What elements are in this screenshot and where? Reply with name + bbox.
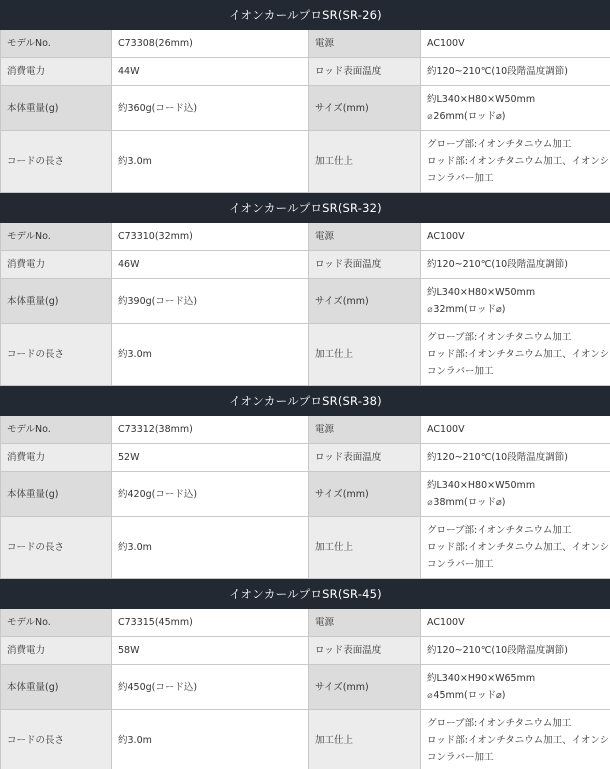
label-power-source: 電源 [309,609,421,637]
size-diameter: ⌀26mm(ロッド⌀) [427,108,604,126]
value-rod-temp: 約120~210℃(10段階温度調節) [421,251,610,279]
value-size: 約L340×H90×W65mm ⌀45mm(ロッド⌀) [421,665,610,710]
label-size: サイズ(mm) [309,279,421,324]
diameter-icon: ⌀ [427,109,432,126]
label-model-no: モデルNo. [1,416,112,444]
table-row: コードの長さ 約3.0m 加工仕上 グローブ部:イオンチタニウム加工 ロッド部:… [1,710,610,769]
size-diameter: ⌀32mm(ロッド⌀) [427,301,604,319]
value-size: 約L340×H80×W50mm ⌀26mm(ロッド⌀) [421,86,610,131]
diameter-icon: ⌀ [427,302,432,319]
product-title: イオンカールプロSR(SR-45) [1,580,610,609]
value-finish: グローブ部:イオンチタニウム加工 ロッド部:イオンチタニウム加工、イオンシリ コ… [421,324,610,386]
label-power-source: 電源 [309,223,421,251]
label-power-consumption: 消費電力 [1,58,112,86]
size-diameter-text: 26mm(ロッド⌀) [433,111,505,122]
value-power-source: AC100V [421,223,610,251]
table-row: モデルNo. C73315(45mm) 電源 AC100V [1,609,610,637]
label-finish: 加工仕上 [309,710,421,769]
value-power-source: AC100V [421,609,610,637]
spec-table-sr-32: イオンカールプロSR(SR-32) モデルNo. C73310(32mm) 電源… [0,193,610,386]
spec-table-sr-26: イオンカールプロSR(SR-26) モデルNo. C73308(26mm) 電源… [0,0,610,193]
value-rod-temp: 約120~210℃(10段階温度調節) [421,637,610,665]
value-weight: 約390g(コード込) [112,279,309,324]
label-cord-length: コードの長さ [1,324,112,386]
finish-line-2: ロッド部:イオンチタニウム加工、イオンシリ [427,346,604,363]
product-title: イオンカールプロSR(SR-38) [1,387,610,416]
size-diameter-text: 38mm(ロッド⌀) [433,497,505,508]
spec-table-sr-38: イオンカールプロSR(SR-38) モデルNo. C73312(38mm) 電源… [0,386,610,579]
value-model-no: C73310(32mm) [112,223,309,251]
finish-line-2: ロッド部:イオンチタニウム加工、イオンシリ [427,732,604,749]
value-weight: 約450g(コード込) [112,665,309,710]
value-model-no: C73308(26mm) [112,30,309,58]
finish-line-1: グローブ部:イオンチタニウム加工 [427,715,604,732]
size-diameter: ⌀45mm(ロッド⌀) [427,687,604,705]
value-power-consumption: 58W [112,637,309,665]
finish-line-2: ロッド部:イオンチタニウム加工、イオンシリ [427,539,604,556]
value-finish: グローブ部:イオンチタニウム加工 ロッド部:イオンチタニウム加工、イオンシリ コ… [421,710,610,769]
finish-line-3: コンラバー加工 [427,363,604,380]
value-power-consumption: 46W [112,251,309,279]
size-dimensions: 約L340×H90×W65mm [427,670,604,687]
label-cord-length: コードの長さ [1,517,112,579]
label-power-source: 電源 [309,30,421,58]
finish-line-1: グローブ部:イオンチタニウム加工 [427,329,604,346]
value-size: 約L340×H80×W50mm ⌀38mm(ロッド⌀) [421,472,610,517]
label-power-consumption: 消費電力 [1,251,112,279]
value-weight: 約360g(コード込) [112,86,309,131]
value-power-source: AC100V [421,416,610,444]
table-row: 本体重量(g) 約390g(コード込) サイズ(mm) 約L340×H80×W5… [1,279,610,324]
table-row: 消費電力 46W ロッド表面温度 約120~210℃(10段階温度調節) [1,251,610,279]
label-finish: 加工仕上 [309,324,421,386]
finish-line-2: ロッド部:イオンチタニウム加工、イオンシリ [427,153,604,170]
table-row: 消費電力 58W ロッド表面温度 約120~210℃(10段階温度調節) [1,637,610,665]
table-row: コードの長さ 約3.0m 加工仕上 グローブ部:イオンチタニウム加工 ロッド部:… [1,131,610,193]
size-diameter-text: 45mm(ロッド⌀) [433,690,505,701]
spec-tables: イオンカールプロSR(SR-26) モデルNo. C73308(26mm) 電源… [0,0,610,769]
value-size: 約L340×H80×W50mm ⌀32mm(ロッド⌀) [421,279,610,324]
value-model-no: C73315(45mm) [112,609,309,637]
label-model-no: モデルNo. [1,30,112,58]
size-dimensions: 約L340×H80×W50mm [427,284,604,301]
value-rod-temp: 約120~210℃(10段階温度調節) [421,444,610,472]
finish-line-3: コンラバー加工 [427,749,604,766]
value-power-source: AC100V [421,30,610,58]
size-dimensions: 約L340×H80×W50mm [427,91,604,108]
size-dimensions: 約L340×H80×W50mm [427,477,604,494]
value-cord-length: 約3.0m [112,710,309,769]
label-rod-temp: ロッド表面温度 [309,637,421,665]
value-finish: グローブ部:イオンチタニウム加工 ロッド部:イオンチタニウム加工、イオンシリ コ… [421,131,610,193]
size-diameter: ⌀38mm(ロッド⌀) [427,494,604,512]
diameter-icon: ⌀ [427,688,432,705]
value-model-no: C73312(38mm) [112,416,309,444]
label-size: サイズ(mm) [309,86,421,131]
table-row: モデルNo. C73308(26mm) 電源 AC100V [1,30,610,58]
label-weight: 本体重量(g) [1,86,112,131]
table-row: コードの長さ 約3.0m 加工仕上 グローブ部:イオンチタニウム加工 ロッド部:… [1,324,610,386]
table-row: 本体重量(g) 約360g(コード込) サイズ(mm) 約L340×H80×W5… [1,86,610,131]
spec-table-sr-45: イオンカールプロSR(SR-45) モデルNo. C73315(45mm) 電源… [0,579,610,769]
label-size: サイズ(mm) [309,665,421,710]
value-cord-length: 約3.0m [112,131,309,193]
table-row: 本体重量(g) 約420g(コード込) サイズ(mm) 約L340×H80×W5… [1,472,610,517]
label-weight: 本体重量(g) [1,279,112,324]
value-power-consumption: 52W [112,444,309,472]
product-title: イオンカールプロSR(SR-32) [1,194,610,223]
label-power-consumption: 消費電力 [1,637,112,665]
product-title: イオンカールプロSR(SR-26) [1,1,610,30]
label-power-source: 電源 [309,416,421,444]
table-row: 消費電力 52W ロッド表面温度 約120~210℃(10段階温度調節) [1,444,610,472]
label-finish: 加工仕上 [309,517,421,579]
label-rod-temp: ロッド表面温度 [309,251,421,279]
diameter-icon: ⌀ [427,495,432,512]
finish-line-3: コンラバー加工 [427,170,604,187]
value-power-consumption: 44W [112,58,309,86]
label-cord-length: コードの長さ [1,710,112,769]
table-row: 消費電力 44W ロッド表面温度 約120~210℃(10段階温度調節) [1,58,610,86]
label-cord-length: コードの長さ [1,131,112,193]
label-rod-temp: ロッド表面温度 [309,58,421,86]
label-rod-temp: ロッド表面温度 [309,444,421,472]
label-size: サイズ(mm) [309,472,421,517]
finish-line-3: コンラバー加工 [427,556,604,573]
finish-line-1: グローブ部:イオンチタニウム加工 [427,136,604,153]
table-row: 本体重量(g) 約450g(コード込) サイズ(mm) 約L340×H90×W6… [1,665,610,710]
label-model-no: モデルNo. [1,609,112,637]
size-diameter-text: 32mm(ロッド⌀) [433,304,505,315]
value-weight: 約420g(コード込) [112,472,309,517]
label-model-no: モデルNo. [1,223,112,251]
label-weight: 本体重量(g) [1,472,112,517]
table-row: モデルNo. C73312(38mm) 電源 AC100V [1,416,610,444]
table-row: コードの長さ 約3.0m 加工仕上 グローブ部:イオンチタニウム加工 ロッド部:… [1,517,610,579]
label-finish: 加工仕上 [309,131,421,193]
table-row: モデルNo. C73310(32mm) 電源 AC100V [1,223,610,251]
value-finish: グローブ部:イオンチタニウム加工 ロッド部:イオンチタニウム加工、イオンシリ コ… [421,517,610,579]
finish-line-1: グローブ部:イオンチタニウム加工 [427,522,604,539]
label-power-consumption: 消費電力 [1,444,112,472]
value-cord-length: 約3.0m [112,517,309,579]
value-cord-length: 約3.0m [112,324,309,386]
label-weight: 本体重量(g) [1,665,112,710]
value-rod-temp: 約120~210℃(10段階温度調節) [421,58,610,86]
